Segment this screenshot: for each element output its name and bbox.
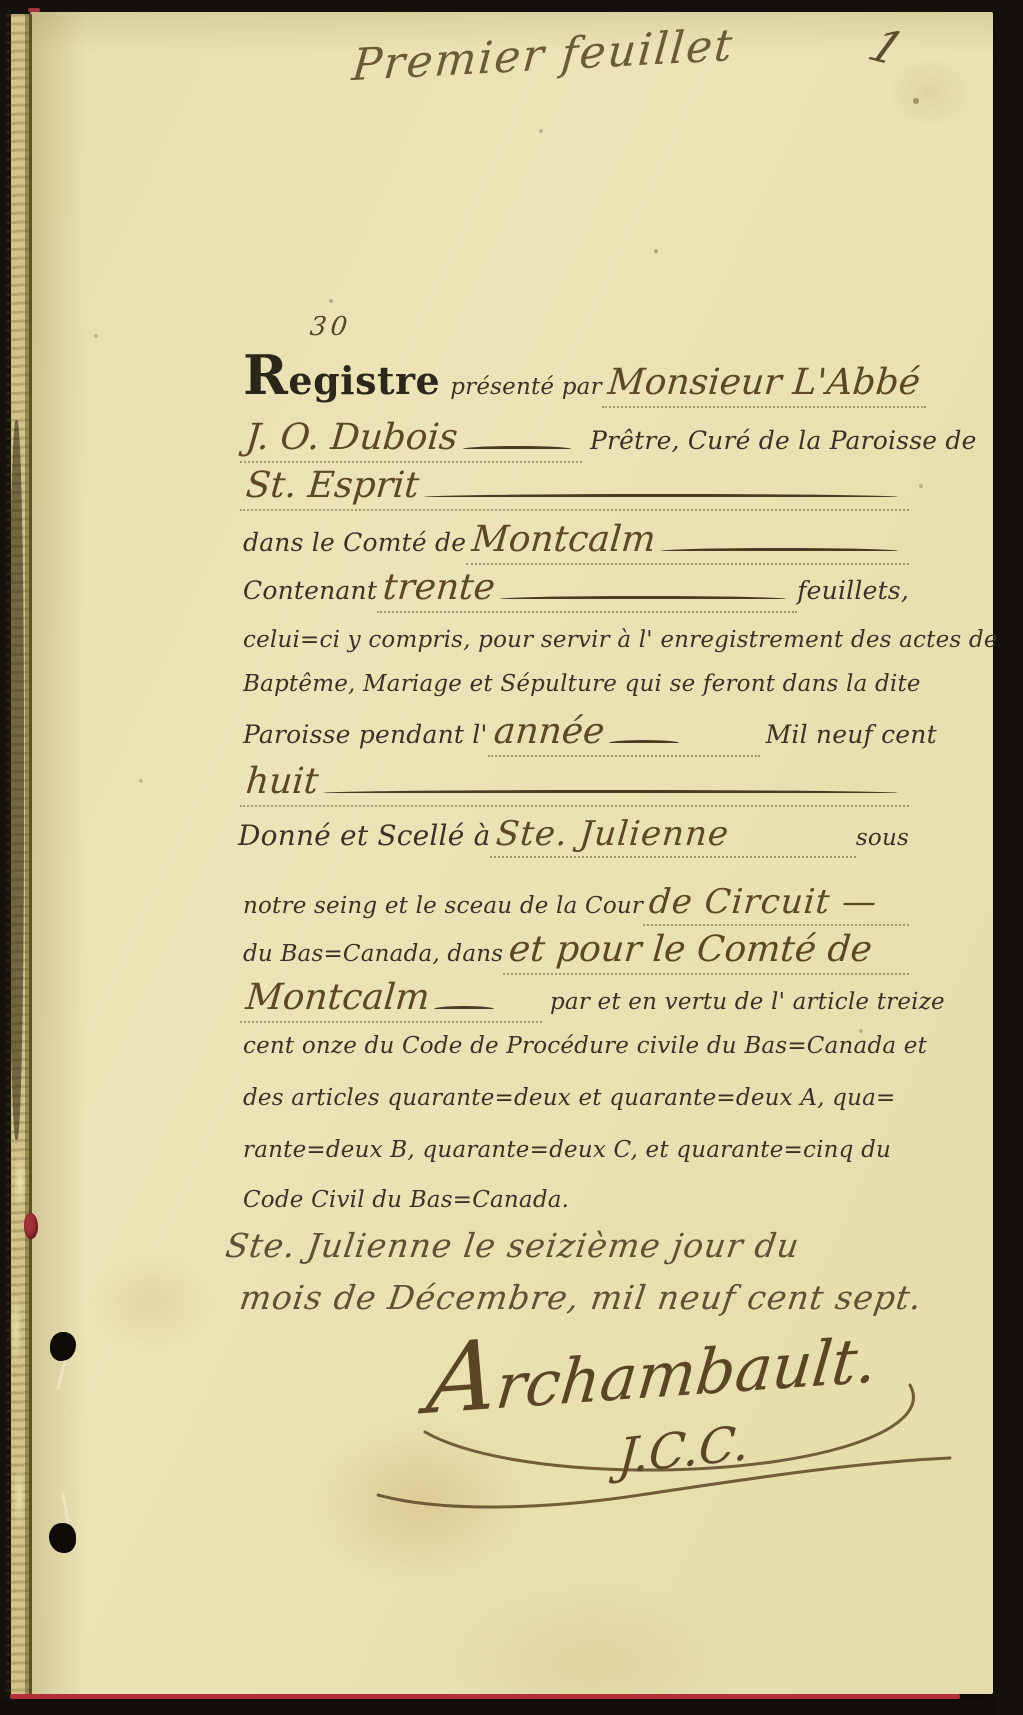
- handwritten-fill: et pour le Comté de: [508, 930, 874, 970]
- scanned-register-page: Premier feuillet 1 30 Registre présenté …: [0, 0, 1023, 1715]
- handwritten-text: Ste. Julienne le seizième jour du: [223, 1226, 802, 1265]
- printed-text: rante=deux B, quarante=deux C, et quaran…: [243, 1136, 891, 1165]
- form-line-10: Donné et Scellé à Ste. Julienne sous: [238, 816, 909, 858]
- scan-border-right: [995, 0, 1023, 1715]
- printed-text: Baptême, Mariage et Sépulture qui se fer…: [243, 670, 921, 699]
- printed-text: Paroisse pendant l': [243, 719, 488, 750]
- handwritten-fill: J. O. Dubois: [244, 418, 459, 458]
- paper-specks: [0, 0, 2, 2]
- blank-space: [735, 841, 845, 844]
- printed-text: celui=ci y compris, pour servir à l' enr…: [243, 626, 998, 655]
- handwritten-fill: huit: [244, 762, 320, 802]
- fill-in-blank: Ste. Julienne: [490, 816, 855, 858]
- registre-heading: Registre: [243, 348, 440, 402]
- printed-text: Mil neuf cent: [766, 719, 937, 750]
- fill-in-blank: et pour le Comté de: [503, 930, 909, 975]
- handwritten-fill: trente: [381, 568, 496, 608]
- form-line-8: Paroisse pendant l' année Mil neuf cent: [243, 712, 909, 757]
- handwritten-fill: année: [492, 712, 606, 752]
- handwritten-fill: Montcalm: [470, 520, 657, 560]
- printed-text: présenté par: [450, 373, 602, 402]
- form-line-16: rante=deux B, quarante=deux C, et quaran…: [243, 1136, 891, 1165]
- fill-in-blank: St. Esprit: [240, 466, 909, 511]
- fill-in-blank: J. O. Dubois: [240, 418, 582, 463]
- scan-border-bottom: [0, 1700, 1023, 1715]
- handwritten-fill: Montcalm: [244, 978, 431, 1018]
- fill-in-blank: Monsieur L'Abbé: [602, 363, 926, 408]
- pen-dash-rule: [609, 740, 679, 743]
- printed-text: notre seing et le sceau de la Cour: [243, 892, 643, 921]
- fill-in-blank: Montcalm: [240, 978, 542, 1023]
- form-line-17: Code Civil du Bas=Canada.: [243, 1186, 569, 1215]
- red-cover-edge: [10, 1694, 960, 1699]
- printed-text: par et en vertu de l' article treize: [550, 988, 945, 1017]
- form-line-11: notre seing et le sceau de la Cour de Ci…: [243, 884, 909, 926]
- handwritten-fill: de Circuit —: [647, 884, 878, 921]
- form-line-7: Baptême, Mariage et Sépulture qui se fer…: [243, 670, 921, 699]
- closing-place-date-line-1: Ste. Julienne le seizième jour du: [226, 1226, 799, 1265]
- fill-in-blank: de Circuit —: [643, 884, 909, 926]
- pen-dash-rule: [500, 596, 786, 599]
- binding-shadow: [9, 420, 24, 1140]
- printed-text: feuillets,: [797, 575, 909, 606]
- scan-border-top: [0, 0, 1023, 12]
- torn-edge-highlights: [8, 1140, 28, 1560]
- form-line-4: dans le Comté de Montcalm: [243, 520, 909, 565]
- form-line-5: Contenant trente feuillets,: [243, 568, 909, 613]
- printed-text: Prêtre, Curé de la Paroisse de: [590, 425, 977, 456]
- handwritten-fill: Ste. Julienne: [495, 816, 731, 853]
- fill-in-blank: Montcalm: [466, 520, 909, 565]
- handwritten-fill: St. Esprit: [244, 466, 420, 506]
- printed-text: Contenant: [243, 575, 377, 606]
- form-line-1: Registre présenté par Monsieur L'Abbé: [243, 348, 909, 408]
- form-line-6: celui=ci y compris, pour servir à l' enr…: [243, 626, 998, 655]
- red-cover-speck: [28, 8, 40, 12]
- printed-text: Code Civil du Bas=Canada.: [243, 1186, 569, 1215]
- punch-hole-bottom: [49, 1523, 76, 1553]
- pen-dash-rule: [463, 446, 571, 449]
- form-line-3: St. Esprit: [240, 466, 909, 511]
- printed-text: sous: [856, 824, 909, 853]
- pen-dash-rule: [661, 548, 898, 551]
- printed-text: du Bas=Canada, dans: [243, 940, 503, 969]
- fill-in-blank: trente: [377, 568, 797, 613]
- handwritten-fill: Monsieur L'Abbé: [606, 363, 922, 403]
- register-number: 30: [308, 312, 352, 342]
- form-line-15: des articles quarante=deux et quarante=d…: [243, 1084, 895, 1113]
- printed-text: Donné et Scellé à: [238, 818, 490, 853]
- printed-text: dans le Comté de: [243, 527, 466, 558]
- pen-dash-rule: [323, 790, 898, 793]
- form-line-2: J. O. Dubois Prêtre, Curé de la Paroisse…: [240, 418, 909, 463]
- form-line-14: cent onze du Code de Procédure civile du…: [243, 1032, 927, 1061]
- pen-dash-rule: [434, 1006, 494, 1009]
- fill-in-blank: année: [488, 712, 760, 757]
- form-line-9: huit: [240, 762, 909, 807]
- fill-in-blank: huit: [240, 762, 909, 807]
- red-wax-mark: [24, 1213, 38, 1239]
- printed-text: des articles quarante=deux et quarante=d…: [243, 1084, 895, 1113]
- printed-text: cent onze du Code de Procédure civile du…: [243, 1032, 927, 1061]
- form-line-13: Montcalm par et en vertu de l' article t…: [240, 978, 909, 1023]
- form-line-12: du Bas=Canada, dans et pour le Comté de: [243, 930, 909, 975]
- pen-dash-rule: [424, 494, 898, 497]
